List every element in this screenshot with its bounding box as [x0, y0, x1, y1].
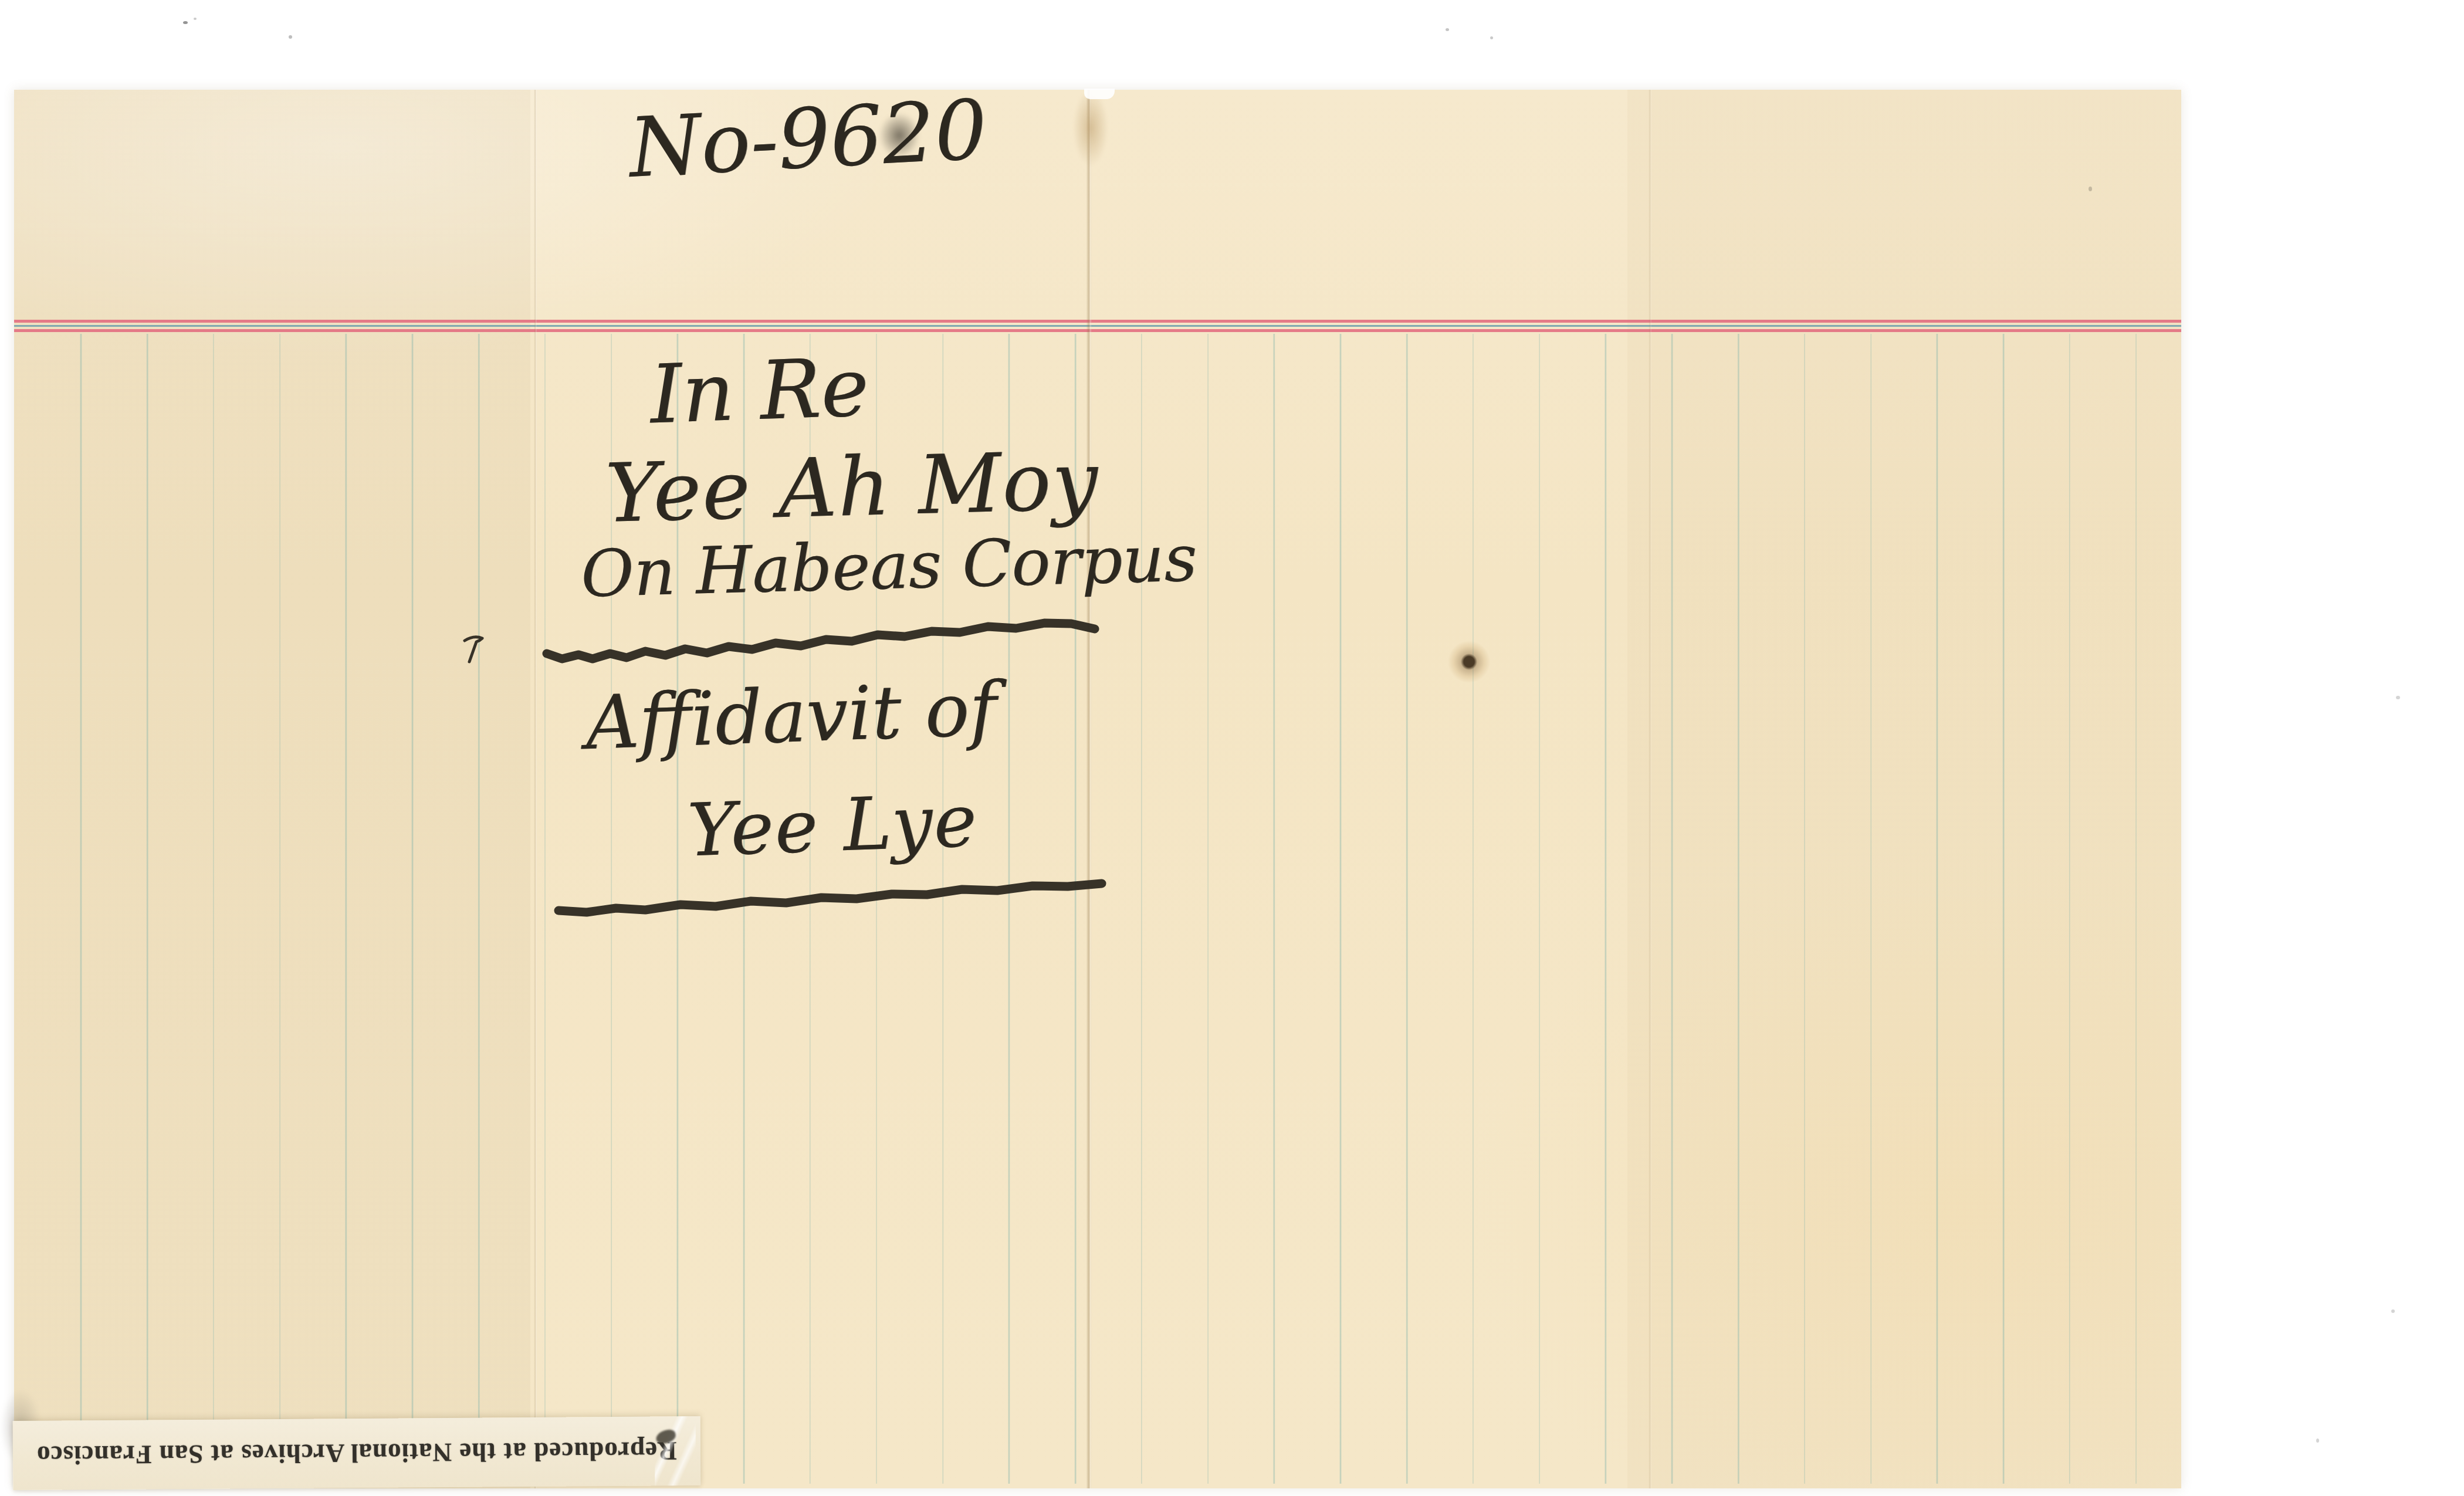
header-rule-blue-center	[14, 325, 2181, 327]
header-rule-red-top	[14, 320, 2181, 323]
header-rule	[14, 320, 2181, 332]
proceeding-line: On Habeas Corpus	[580, 526, 1198, 606]
scanner-speck	[1446, 28, 1449, 31]
scanner-speck	[194, 18, 197, 20]
header-rule-red-bottom	[14, 329, 2181, 332]
scanner-speck	[1490, 36, 1493, 39]
scanner-speck	[2316, 1439, 2319, 1443]
archive-stamp-strip: Reproduced at the National Archives at S…	[13, 1416, 701, 1490]
paper-chip	[1084, 89, 1115, 99]
tape-wrinkle	[655, 1416, 696, 1485]
scanner-speck	[289, 35, 292, 39]
scanner-speck	[2396, 696, 2400, 699]
party-name-line: Yee Ah Moy	[604, 441, 1099, 534]
scanner-speck	[2391, 1309, 2395, 1313]
scanned-document-page: { "document": { "case_number": "No-9620"…	[0, 0, 2464, 1496]
stain-spot	[1448, 641, 1490, 683]
crease-stain	[1073, 90, 1108, 166]
document-type-line: Affidavit of	[584, 672, 998, 760]
fold-crease-left	[534, 90, 537, 1488]
fold-crease-right	[1649, 90, 1651, 1488]
column-rules	[43, 334, 2173, 1484]
case-number-handwriting: No-9620	[627, 89, 989, 190]
paper-sheet	[14, 90, 2181, 1488]
fold-crease-center	[1087, 90, 1092, 1488]
archive-stamp-text: Reproduced at the National Archives at S…	[36, 1436, 677, 1471]
scanner-speck	[2089, 187, 2092, 191]
affiant-name-line: Yee Lye	[686, 784, 979, 867]
scanner-speck	[183, 21, 188, 24]
in-re-line: In Re	[649, 347, 870, 436]
